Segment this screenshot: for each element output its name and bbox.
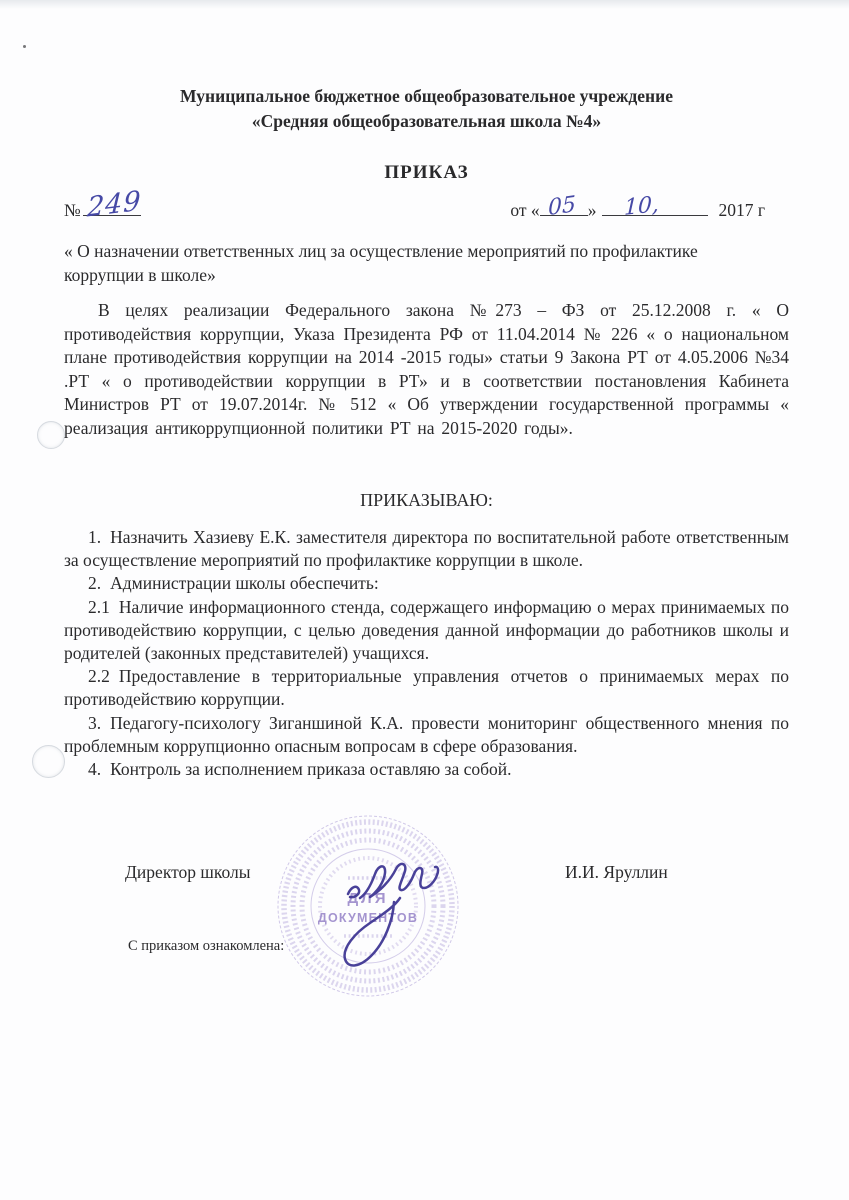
item-number: 3. <box>88 713 101 733</box>
item-text: Наличие информационного стенда, содержащ… <box>64 597 789 663</box>
organization-name-line1: Муниципальное бюджетное общеобразователь… <box>64 84 789 109</box>
signer-role: Директор школы <box>125 862 250 883</box>
date-prefix: от « <box>510 200 539 220</box>
number-blank-line: 249 <box>83 215 141 216</box>
number-date-row: №249 от «05»10,2017 г <box>64 194 789 230</box>
order-items: 1.Назначить Хазиеву Е.К. заместителя дир… <box>64 526 789 781</box>
order-item-3: 3.Педагогу-психологу Зиганшиной К.А. про… <box>64 712 789 758</box>
order-item-2: 2.Администрации школы обеспечить: <box>64 572 789 595</box>
order-subject: « О назначении ответственных лиц за осущ… <box>64 240 764 287</box>
number-label: № <box>64 200 81 220</box>
handwritten-order-number: 249 <box>86 185 142 223</box>
order-item-4: 4.Контроль за исполнением приказа оставл… <box>64 758 789 781</box>
order-date: от «05»10,2017 г <box>510 200 765 221</box>
item-number: 1. <box>88 527 101 547</box>
item-text: Назначить Хазиеву Е.К. заместителя дирек… <box>64 527 789 570</box>
scan-speck <box>23 45 26 48</box>
order-item-2-1: 2.1Наличие информационного стенда, содер… <box>64 596 789 666</box>
item-text: Предоставление в территориальные управле… <box>64 666 789 709</box>
punch-hole-top <box>37 421 65 449</box>
resolution-heading: ПРИКАЗЫВАЮ: <box>64 490 789 511</box>
document-content: Муниципальное бюджетное общеобразователь… <box>64 0 789 1200</box>
organization-header: Муниципальное бюджетное общеобразователь… <box>64 84 789 134</box>
punch-hole-bottom <box>32 745 65 778</box>
organization-name-line2: «Средняя общеобразовательная школа №4» <box>64 109 789 134</box>
stamp-and-signature: ДЛЯ ДОКУМЕНТОВ <box>252 808 488 1008</box>
item-number: 2.1 <box>88 597 110 617</box>
scanned-document-page: Муниципальное бюджетное общеобразователь… <box>0 0 849 1200</box>
date-year: 2017 г <box>718 200 765 220</box>
item-text: Контроль за исполнением приказа оставляю… <box>110 759 511 779</box>
item-number: 4. <box>88 759 101 779</box>
item-number: 2.2 <box>88 666 110 686</box>
item-text: Администрации школы обеспечить: <box>110 573 379 593</box>
order-number: №249 <box>64 200 141 221</box>
order-item-1: 1.Назначить Хазиеву Е.К. заместителя дир… <box>64 526 789 572</box>
document-title: ПРИКАЗ <box>64 162 789 184</box>
order-item-2-2: 2.2Предоставление в территориальные упра… <box>64 665 789 711</box>
order-preamble: В целях реализации Федерального закона №… <box>64 299 789 441</box>
handwritten-day: 05 <box>548 192 576 221</box>
date-close-quote: » <box>588 200 597 220</box>
signer-name: И.И. Яруллин <box>565 862 668 883</box>
item-number: 2. <box>88 573 101 593</box>
date-day-blank: 05 <box>540 215 588 216</box>
round-stamp-icon: ДЛЯ ДОКУМЕНТОВ <box>278 816 458 996</box>
item-text: Педагогу-психологу Зиганшиной К.А. прове… <box>64 713 789 756</box>
handwritten-month: 10, <box>624 192 660 221</box>
stamp-center-line1: ДЛЯ <box>348 890 389 907</box>
date-month-blank: 10, <box>602 215 708 216</box>
